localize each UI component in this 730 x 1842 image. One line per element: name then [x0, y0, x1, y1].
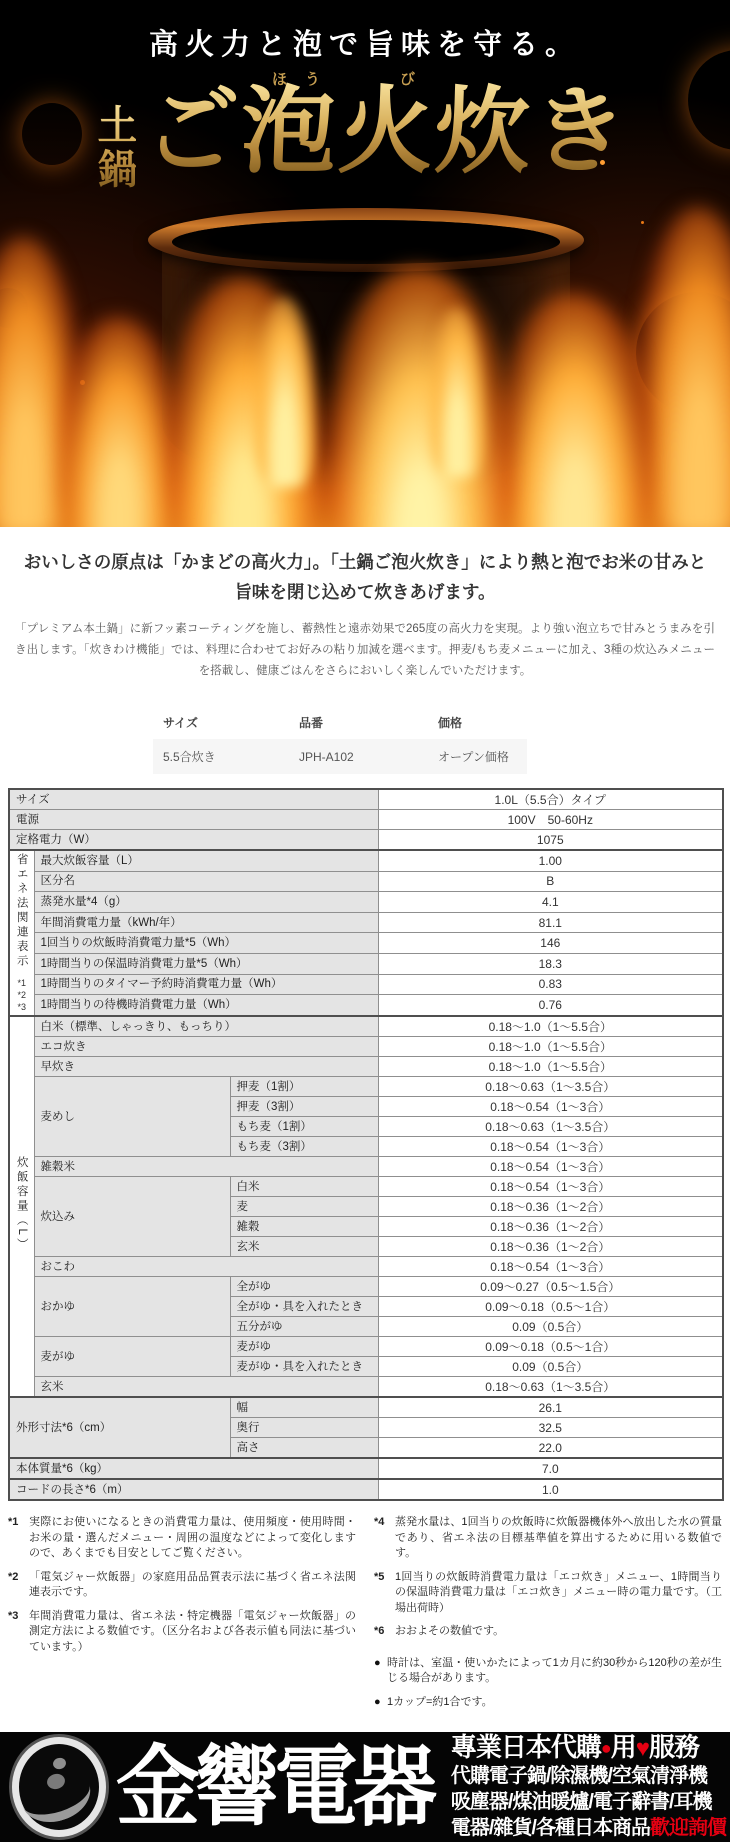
- spec-value: 1075: [378, 830, 723, 851]
- spec-label: 炊込み: [34, 1177, 230, 1257]
- spec-label: 外形寸法*6（cm）: [9, 1397, 230, 1458]
- intro-heading: おいしさの原点は「かまどの高火力」。「土鍋ご泡火炊き」により熱と泡でお米の甘みと…: [14, 547, 716, 607]
- spec-value: 81.1: [378, 912, 723, 933]
- spec-value: 22.0: [378, 1438, 723, 1459]
- spec-value: 0.18～0.54（1～3合）: [378, 1177, 723, 1197]
- spec-value: 0.18～0.54（1～3合）: [378, 1257, 723, 1277]
- spec-row: 麦がゆ 麦がゆ0.09～0.18（0.5～1合）: [9, 1337, 723, 1357]
- spec-value: 0.18～0.36（1～2合）: [378, 1237, 723, 1257]
- spec-row: おこわ0.18～0.54（1～3合）: [9, 1257, 723, 1277]
- product-title-prefix: 土鍋: [92, 104, 136, 192]
- footnotes-left: *1実際にお使いになるときの消費電力量は、使用頻度・使用時間・お米の量・選んだメ…: [8, 1515, 356, 1718]
- flame: [60, 317, 180, 527]
- spec-value: 0.18～1.0（1～5.5合）: [378, 1037, 723, 1057]
- model-price: オープン価格: [428, 739, 527, 774]
- model-number: JPH-A102: [289, 739, 428, 774]
- spec-value: 0.18～0.63（1～3.5合）: [378, 1117, 723, 1137]
- service-line-1: 專業日本代購●用♥服務: [451, 1733, 726, 1763]
- spec-value: 0.76: [378, 995, 723, 1016]
- spec-row: 1時間当りのタイマー予約時消費電力量（Wh）0.83: [9, 974, 723, 995]
- spec-value: 0.18～1.0（1～5.5合）: [378, 1016, 723, 1037]
- spec-label: コードの長さ*6（m）: [9, 1479, 378, 1500]
- spec-sublabel: 押麦（1割）: [230, 1077, 378, 1097]
- inquiry-welcome-text: 歡迎詢價: [650, 1817, 726, 1839]
- spec-value: 0.18～0.54（1～3合）: [378, 1157, 723, 1177]
- footnote: *2「電気ジャー炊飯器」の家庭用品品質表示法に基づく省エネ法関連表示です。: [8, 1570, 356, 1601]
- spec-label: 電源: [9, 810, 378, 830]
- seller-logo-icon: [12, 1737, 106, 1837]
- flame: [500, 293, 650, 527]
- model-table: サイズ 品番 価格 5.5合炊き JPH-A102 オープン価格: [153, 706, 527, 774]
- footnote: ●1カップ=約1合です。: [374, 1695, 722, 1711]
- spec-row: 省エネ法関連表示 *1 *2 *3 最大炊飯容量（L）1.00: [9, 850, 723, 871]
- spec-value: 0.18～0.36（1～2合）: [378, 1217, 723, 1237]
- spec-row: 1回当りの炊飯時消費電力量*5（Wh）146: [9, 933, 723, 954]
- spec-row: おかゆ 全がゆ0.09～0.27（0.5～1.5合）: [9, 1277, 723, 1297]
- spec-sublabel: 幅: [230, 1397, 378, 1418]
- heart-icon: ♥: [636, 1735, 649, 1762]
- spec-value: 0.09～0.18（0.5～1合）: [378, 1337, 723, 1357]
- product-page: 高火力と泡で旨味を守る。 ほ う び 土鍋 ご泡火炊き おいしさの原点は「かまど…: [0, 0, 730, 1842]
- footnote: *3年間消費電力量は、省エネ法・特定機器「電気ジャー炊飯器」の測定方法による数値…: [8, 1609, 356, 1656]
- spec-sublabel: 白米: [230, 1177, 378, 1197]
- spec-row: 麦めし 押麦（1割）0.18～0.63（1～3.5合）: [9, 1077, 723, 1097]
- spec-row: 1時間当りの保温時消費電力量*5（Wh）18.3: [9, 954, 723, 975]
- spec-value: B: [378, 871, 723, 892]
- model-col-price: 価格: [428, 706, 527, 739]
- spec-label: エコ炊き: [34, 1037, 378, 1057]
- spec-value: 0.09（0.5合）: [378, 1317, 723, 1337]
- spec-label: 麦めし: [34, 1077, 230, 1157]
- intro-heading-line1: おいしさの原点は「かまどの高火力」。「土鍋ご泡火炊き」により熱と泡でお米の甘みと: [14, 547, 716, 577]
- spec-sublabel: 押麦（3割）: [230, 1097, 378, 1117]
- spec-sublabel: 麦がゆ・具を入れたとき: [230, 1357, 378, 1377]
- spec-sublabel: 全がゆ・具を入れたとき: [230, 1297, 378, 1317]
- service-line-4: 電器/雜貨/各種日本商品歡迎詢價: [451, 1815, 726, 1841]
- spec-value: 0.83: [378, 974, 723, 995]
- spec-value: 146: [378, 933, 723, 954]
- intro-body: 「プレミアム本土鍋」に新フッ素コーティングを施し、蓄熱性と遠赤効果で265度の高…: [15, 619, 715, 682]
- spec-row: 雑穀米0.18～0.54（1～3合）: [9, 1157, 723, 1177]
- spec-group-capacity: 炊飯容量（L）: [9, 1016, 34, 1397]
- hero-banner: 高火力と泡で旨味を守る。 ほ う び 土鍋 ご泡火炊き: [0, 0, 730, 527]
- spec-value: 0.18～0.54（1～3合）: [378, 1137, 723, 1157]
- spec-row: 玄米0.18～0.63（1～3.5合）: [9, 1377, 723, 1398]
- spec-label: 最大炊飯容量（L）: [34, 850, 378, 871]
- intro-heading-line2: 旨味を閉じ込めて炊きあげます。: [14, 577, 716, 607]
- product-title: 土鍋 ご泡火炊き: [92, 82, 673, 192]
- spec-value: 100V 50-60Hz: [378, 810, 723, 830]
- spec-row: 定格電力（W）1075: [9, 830, 723, 851]
- model-table-header: サイズ 品番 価格: [153, 706, 527, 739]
- spec-sublabel: 奥行: [230, 1418, 378, 1438]
- spec-sublabel: 麦がゆ: [230, 1337, 378, 1357]
- model-size: 5.5合炊き: [153, 739, 289, 774]
- spec-value: 32.5: [378, 1418, 723, 1438]
- spec-group-energy: 省エネ法関連表示 *1 *2 *3: [9, 850, 34, 1016]
- spec-label: 蒸発水量*4（g）: [34, 892, 378, 913]
- spec-value: 0.09～0.18（0.5～1合）: [378, 1297, 723, 1317]
- spec-value: 1.00: [378, 850, 723, 871]
- spec-sublabel: 全がゆ: [230, 1277, 378, 1297]
- spec-value: 0.18～1.0（1～5.5合）: [378, 1057, 723, 1077]
- footnote: *1実際にお使いになるときの消費電力量は、使用頻度・使用時間・お米の量・選んだメ…: [8, 1515, 356, 1562]
- footnote: ●時計は、室温・使いかたによって1カ月に約30秒から120秒の差が生じる場合があ…: [374, 1656, 722, 1687]
- spec-value: 0.18～0.63（1～3.5合）: [378, 1077, 723, 1097]
- spec-row: 外形寸法*6（cm） 幅26.1: [9, 1397, 723, 1418]
- spec-label: 1時間当りのタイマー予約時消費電力量（Wh）: [34, 974, 378, 995]
- energy-refs: *1 *2 *3: [11, 977, 33, 1013]
- spec-sublabel: 雑穀: [230, 1217, 378, 1237]
- spec-value: 1.0: [378, 1479, 723, 1500]
- spec-value: 0.09～0.27（0.5～1.5合）: [378, 1277, 723, 1297]
- flame: [430, 307, 485, 477]
- spec-row: エコ炊き0.18～1.0（1～5.5合）: [9, 1037, 723, 1057]
- spec-label: 1回当りの炊飯時消費電力量*5（Wh）: [34, 933, 378, 954]
- spec-value: 7.0: [378, 1458, 723, 1479]
- spec-row: 炊飯容量（L） 白米（標準、しゃっきり、もっちり）0.18～1.0（1～5.5合…: [9, 1016, 723, 1037]
- spec-label: 1時間当りの保温時消費電力量*5（Wh）: [34, 954, 378, 975]
- spec-label: 本体質量*6（kg）: [9, 1458, 378, 1479]
- spec-value: 26.1: [378, 1397, 723, 1418]
- spec-row: 区分名B: [9, 871, 723, 892]
- flame: [255, 297, 315, 487]
- spec-label: 雑穀米: [34, 1157, 378, 1177]
- spec-row: 電源100V 50-60Hz: [9, 810, 723, 830]
- spec-sublabel: 五分がゆ: [230, 1317, 378, 1337]
- flames-image: [0, 207, 730, 527]
- spec-value: 4.1: [378, 892, 723, 913]
- spec-label: おこわ: [34, 1257, 378, 1277]
- logo-swoosh: [15, 1760, 97, 1830]
- footnote: *51回当りの炊飯時消費電力量は「エコ炊き」メニュー、1時間当りの保温時消費電力…: [374, 1570, 722, 1617]
- footnote: *6おおよその数値です。: [374, 1624, 722, 1640]
- spec-sublabel: 玄米: [230, 1237, 378, 1257]
- spec-row: 本体質量*6（kg）7.0: [9, 1458, 723, 1479]
- spec-row: 炊込み 白米0.18～0.54（1～3合）: [9, 1177, 723, 1197]
- service-line-2: 代購電子鍋/除濕機/空氣清淨機: [451, 1763, 726, 1789]
- spec-value: 1.0L（5.5合）タイプ: [378, 789, 723, 810]
- spec-sublabel: 麦: [230, 1197, 378, 1217]
- service-line-3: 吸塵器/煤油暖爐/電子辭書/耳機: [451, 1789, 726, 1815]
- footnotes: *1実際にお使いになるときの消費電力量は、使用頻度・使用時間・お米の量・選んだメ…: [0, 1501, 730, 1718]
- spec-sublabel: もち麦（3割）: [230, 1137, 378, 1157]
- seller-services: 專業日本代購●用♥服務 代購電子鍋/除濕機/空氣清淨機 吸塵器/煤油暖爐/電子辭…: [451, 1733, 726, 1841]
- spec-row: 年間消費電力量（kWh/年）81.1: [9, 912, 723, 933]
- spec-label: 早炊き: [34, 1057, 378, 1077]
- spec-label: サイズ: [9, 789, 378, 810]
- seller-footer: 金響電器 專業日本代購●用♥服務 代購電子鍋/除濕機/空氣清淨機 吸塵器/煤油暖…: [0, 1732, 730, 1842]
- spec-sublabel: もち麦（1割）: [230, 1117, 378, 1137]
- spec-label: 区分名: [34, 871, 378, 892]
- spec-label: 年間消費電力量（kWh/年）: [34, 912, 378, 933]
- spec-label: 定格電力（W）: [9, 830, 378, 851]
- spec-label: 麦がゆ: [34, 1337, 230, 1377]
- product-title-main: ご泡火炊き: [142, 82, 631, 182]
- spec-value: 0.18～0.36（1～2合）: [378, 1197, 723, 1217]
- spec-row: 1時間当りの待機時消費電力量（Wh）0.76: [9, 995, 723, 1016]
- model-col-number: 品番: [289, 706, 428, 739]
- red-dot-icon: ●: [601, 1738, 611, 1758]
- spec-row: コードの長さ*6（m）1.0: [9, 1479, 723, 1500]
- spec-value: 0.18～0.54（1～3合）: [378, 1097, 723, 1117]
- spec-label: 白米（標準、しゃっきり、もっちり）: [34, 1016, 378, 1037]
- flame: [640, 207, 730, 527]
- model-col-size: サイズ: [153, 706, 289, 739]
- footnote: *4蒸発水量は、1回当りの炊飯時に炊飯器機体外へ放出した水の質量であり、省エネ法…: [374, 1515, 722, 1562]
- footnotes-right: *4蒸発水量は、1回当りの炊飯時に炊飯器機体外へ放出した水の質量であり、省エネ法…: [374, 1515, 722, 1718]
- model-table-row: 5.5合炊き JPH-A102 オープン価格: [153, 739, 527, 774]
- spec-label: 玄米: [34, 1377, 378, 1398]
- spec-value: 0.18～0.63（1～3.5合）: [378, 1377, 723, 1398]
- spec-sublabel: 高さ: [230, 1438, 378, 1459]
- spec-value: 0.09（0.5合）: [378, 1357, 723, 1377]
- spec-row: 早炊き0.18～1.0（1～5.5合）: [9, 1057, 723, 1077]
- spec-label: おかゆ: [34, 1277, 230, 1337]
- spec-row: サイズ1.0L（5.5合）タイプ: [9, 789, 723, 810]
- spec-value: 18.3: [378, 954, 723, 975]
- spec-table: サイズ1.0L（5.5合）タイプ 電源100V 50-60Hz 定格電力（W）1…: [8, 788, 724, 1501]
- seller-brand-name: 金響電器: [116, 1735, 432, 1839]
- spec-row: 蒸発水量*4（g）4.1: [9, 892, 723, 913]
- spec-label: 1時間当りの待機時消費電力量（Wh）: [34, 995, 378, 1016]
